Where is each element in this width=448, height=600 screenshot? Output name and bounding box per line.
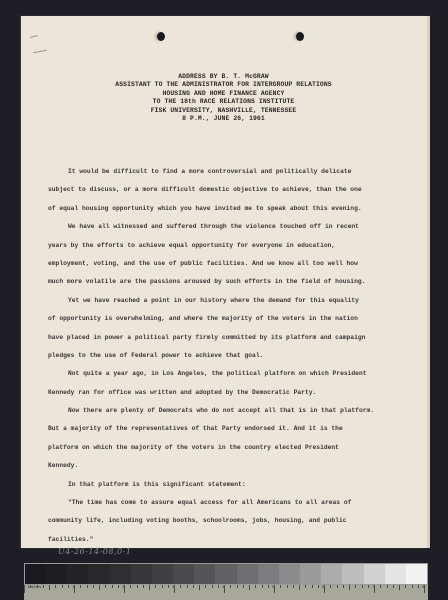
gray-step [364,564,385,584]
header-line: ADDRESS BY B. T. McGRAW [20,73,427,81]
ruler-tick [187,585,188,588]
text-line: platform on which the majority of the vo… [48,439,408,457]
text-line: "The time has come to assure equal acces… [48,494,408,512]
ruler-tick [199,585,200,590]
gray-step [131,564,152,584]
gray-step [25,564,46,584]
color-calibration-scale: Inches 12345678 [24,563,428,600]
ruler-number: 5 [272,586,274,590]
ruler-tick [99,585,100,590]
text-line: years by the efforts to achieve equal op… [48,237,408,255]
ruler-number: 7 [372,586,374,590]
header-line: FISK UNIVERSITY, NASHVILLE, TENNESSEE [20,107,427,115]
ruler-tick [68,585,69,588]
page-edge [427,16,430,548]
ruler-tick [418,585,419,588]
text-line: have placed in power a political party f… [48,329,408,347]
text-line: Now there are plenty of Democrats who do… [48,402,408,420]
punch-hole-left [157,32,165,41]
gray-step [215,564,236,584]
ruler-tick [43,585,44,588]
gray-step [173,564,194,584]
ruler-tick [37,585,38,588]
ruler-number: 2 [122,586,124,590]
gray-step [385,564,406,584]
gray-step [258,564,279,584]
gray-step [300,564,321,584]
ruler-number: 4 [222,586,224,590]
ruler-tick [343,585,344,588]
gray-step [88,564,109,584]
inch-ruler: Inches 12345678 [24,585,428,600]
text-line: of equal housing opportunity which you h… [48,200,408,218]
ruler-tick [30,585,31,588]
ruler-tick [293,585,294,588]
text-line: subject to discuss, or a more difficult … [48,181,408,199]
ruler-tick [268,585,269,588]
ruler-tick [412,585,413,588]
ruler-number: 8 [422,586,424,590]
ruler-tick [262,585,263,588]
ruler-tick [255,585,256,588]
ruler-tick [318,585,319,588]
ruler-tick [49,585,50,590]
text-line: community life, including voting booths,… [48,512,408,530]
text-line: Not quite a year ago, in Los Angeles, th… [48,365,408,383]
ruler-tick [143,585,144,588]
text-line: We have all witnessed and suffered throu… [48,218,408,236]
ruler-tick [180,585,181,588]
header-line: TO THE 18th RACE RELATIONS INSTITUTE [20,98,427,106]
ruler-tick [337,585,338,588]
header-line: ASSISTANT TO THE ADMINISTRATOR FOR INTER… [20,81,427,89]
ruler-tick [105,585,106,588]
gray-step [46,564,67,584]
text-line: But a majority of the representatives of… [48,420,408,438]
ruler-tick [380,585,381,588]
text-line: Kennedy ran for office was written and a… [48,384,408,402]
ruler-tick [312,585,313,588]
ruler-tick [237,585,238,588]
header-line: 8 P.M., JUNE 26, 1961 [20,115,427,123]
gray-step [152,564,173,584]
ruler-tick [349,585,350,590]
ruler-tick [205,585,206,588]
gray-step [406,564,427,584]
ruler-tick [287,585,288,588]
pencil-mark [30,35,38,38]
ruler-tick [112,585,113,588]
ruler-tick [80,585,81,588]
text-line: pledges to the use of Federal power to a… [48,347,408,365]
gray-step [342,564,363,584]
ruler-tick [162,585,163,588]
ruler-tick [355,585,356,588]
gray-step [279,564,300,584]
ruler-tick [155,585,156,588]
text-line: Yet we have reached a point in our histo… [48,292,408,310]
ruler-tick [87,585,88,588]
text-line: In that platform is this significant sta… [48,476,408,494]
ruler-tick [218,585,219,588]
ruler-tick [387,585,388,588]
ruler-tick [149,585,150,590]
text-line: of opportunity is overwhelming, and wher… [48,310,408,328]
ruler-tick [249,585,250,590]
ruler-number: 1 [72,586,74,590]
header-line: HOUSING AND HOME FINANCE AGENCY [20,90,427,98]
ruler-tick [118,585,119,588]
gray-step [67,564,88,584]
ruler-tick [24,585,25,593]
grayscale-card [24,563,428,585]
ruler-tick [212,585,213,588]
text-line: It would be difficult to find a more con… [48,163,408,181]
punch-hole-right [296,32,304,41]
ruler-tick [330,585,331,588]
ruler-tick [230,585,231,588]
gray-step [237,564,258,584]
text-line: Kennedy. [48,457,408,475]
text-line: employment, voting, and the use of publi… [48,255,408,273]
ruler-label: Inches [27,586,41,590]
ruler-number: 3 [172,586,174,590]
ruler-tick [62,585,63,588]
gray-step [321,564,342,584]
ruler-tick [368,585,369,588]
ruler-tick [299,585,300,590]
ruler-tick [305,585,306,588]
ruler-tick [393,585,394,588]
ruler-tick [137,585,138,588]
ruler-tick [362,585,363,588]
speech-body: It would be difficult to find a more con… [48,163,408,549]
document-page: ADDRESS BY B. T. McGRAW ASSISTANT TO THE… [20,16,427,548]
text-line: much more volatile are the passions arou… [48,273,408,291]
ruler-number: 6 [322,586,324,590]
handwritten-archive-id: U4-26-14-08,0-1 [58,547,131,556]
ruler-tick [55,585,56,588]
gray-step [194,564,215,584]
ruler-tick [130,585,131,588]
ruler-tick [280,585,281,588]
address-header: ADDRESS BY B. T. McGRAW ASSISTANT TO THE… [20,73,427,123]
ruler-tick [168,585,169,588]
gray-step [110,564,131,584]
ruler-tick [193,585,194,588]
ruler-tick [399,585,400,590]
ruler-tick [405,585,406,588]
pencil-mark [33,50,47,53]
ruler-tick [93,585,94,588]
ruler-tick [243,585,244,588]
